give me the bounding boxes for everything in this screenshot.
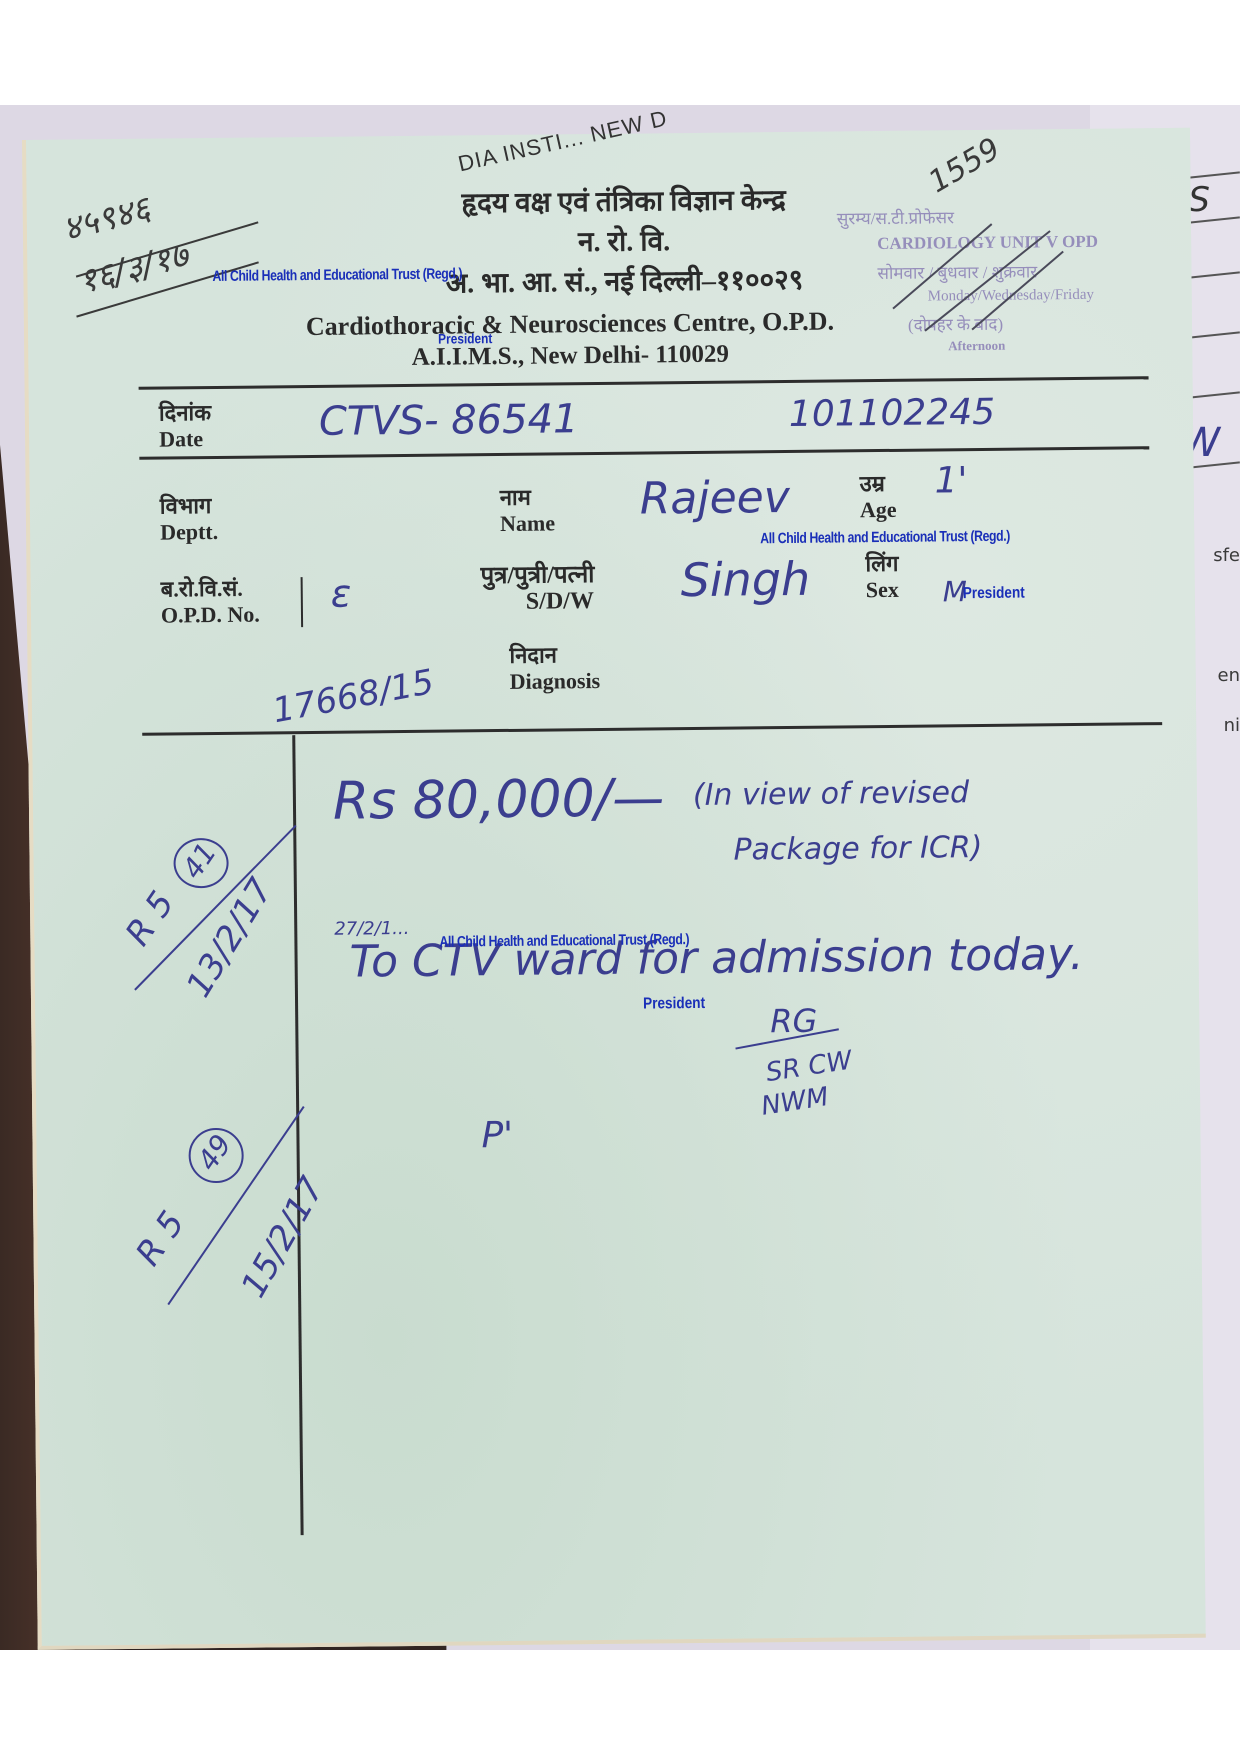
margin-prefix: R 5 [118, 884, 183, 953]
trust-stamp: All Child Health and Educational Trust (… [439, 931, 689, 951]
margin-date: 15/2/17 [233, 1170, 332, 1304]
reference-number: 101102245 [789, 392, 996, 435]
opd-label-english: O.P.D. No. [161, 602, 260, 629]
opd-card: DIA INSTI... NEW D हृदय वक्ष एवं तंत्रिक… [22, 128, 1206, 1650]
amount-note-line-1: (In view of revised [693, 775, 970, 813]
date-label-hindi: दिनांक [159, 400, 211, 427]
initial-mark: P' [481, 1115, 513, 1156]
trust-stamp: All Child Health and Educational Trust (… [760, 528, 1010, 548]
underpaper-fragment: en [1218, 665, 1240, 686]
diagnosis-label: निदान Diagnosis [509, 642, 600, 695]
president-stamp: President [643, 995, 705, 1014]
president-stamp: President [438, 330, 492, 347]
amount-note-line-2: Package for ICR) [733, 830, 982, 868]
name-label: नाम Name [500, 484, 556, 537]
underpaper-fragment: ni [1224, 715, 1240, 736]
header-divider [139, 376, 1149, 390]
signature-title-1: SR CW [764, 1045, 854, 1088]
margin-prefix: R 5 [128, 1204, 193, 1273]
age-label-english: Age [860, 497, 897, 523]
opd-number-value: ε [331, 572, 352, 616]
relation-label-english: S/D/W [481, 588, 595, 615]
trust-stamp: All Child Health and Educational Trust (… [212, 265, 462, 285]
underpaper-fragment: sfe [1213, 545, 1240, 566]
sex-label-english: Sex [866, 577, 899, 603]
date-label-english: Date [159, 426, 211, 453]
name-label-english: Name [500, 510, 555, 537]
diagnosis-label-english: Diagnosis [510, 668, 601, 695]
opd-label-hindi: ब.रो.वि.सं. [161, 576, 260, 603]
relation-label: पुत्र/पुत्री/पत्नी S/D/W [480, 562, 594, 615]
relation-label-hindi: पुत्र/पुत्री/पत्नी [480, 562, 594, 589]
date-row-divider [139, 446, 1149, 460]
department-label-english: Deptt. [160, 519, 218, 546]
department-stamp-line-2: CARDIOLOGY UNIT V OPD [877, 232, 1098, 254]
department-stamp-line-1: सुरम्य/स.टी.प्रोफेसर [837, 205, 954, 229]
date-label: दिनांक Date [159, 400, 212, 453]
diagnosis-label-hindi: निदान [509, 642, 600, 669]
document-photo: S W sfe en ni DIA INSTI... NEW D हृदय वक… [0, 105, 1240, 1650]
underpaper-fragment: S [1188, 180, 1210, 220]
sex-label: लिंग Sex [865, 551, 899, 603]
date-value: CTVS- 86541 [319, 396, 579, 445]
age-label-hindi: उम्र [860, 471, 897, 497]
amount-line: Rs 80,000/— [333, 768, 665, 831]
opd-number-label: ब.रो.वि.सं. O.P.D. No. [161, 576, 260, 629]
department-stamp-line-6: Afternoon [948, 338, 1005, 355]
age-label: उम्र Age [860, 471, 897, 523]
signature-title-2: NWM [759, 1082, 830, 1122]
patient-name-value: Rajeev [640, 472, 790, 525]
department-label: विभाग Deptt. [160, 493, 219, 546]
department-stamp-line-3: सोमवार / बुधवार / शुक्रवार [877, 259, 1037, 284]
relation-value: Singh [680, 552, 810, 607]
margin-divider [292, 735, 303, 1535]
opd-separator [301, 577, 304, 627]
president-stamp: President [963, 585, 1025, 604]
sex-label-hindi: लिंग [865, 551, 898, 577]
age-value: 1' [934, 460, 967, 501]
name-label-hindi: नाम [500, 484, 555, 511]
department-label-hindi: विभाग [160, 493, 218, 520]
registration-number: 17668/15 [270, 662, 437, 731]
